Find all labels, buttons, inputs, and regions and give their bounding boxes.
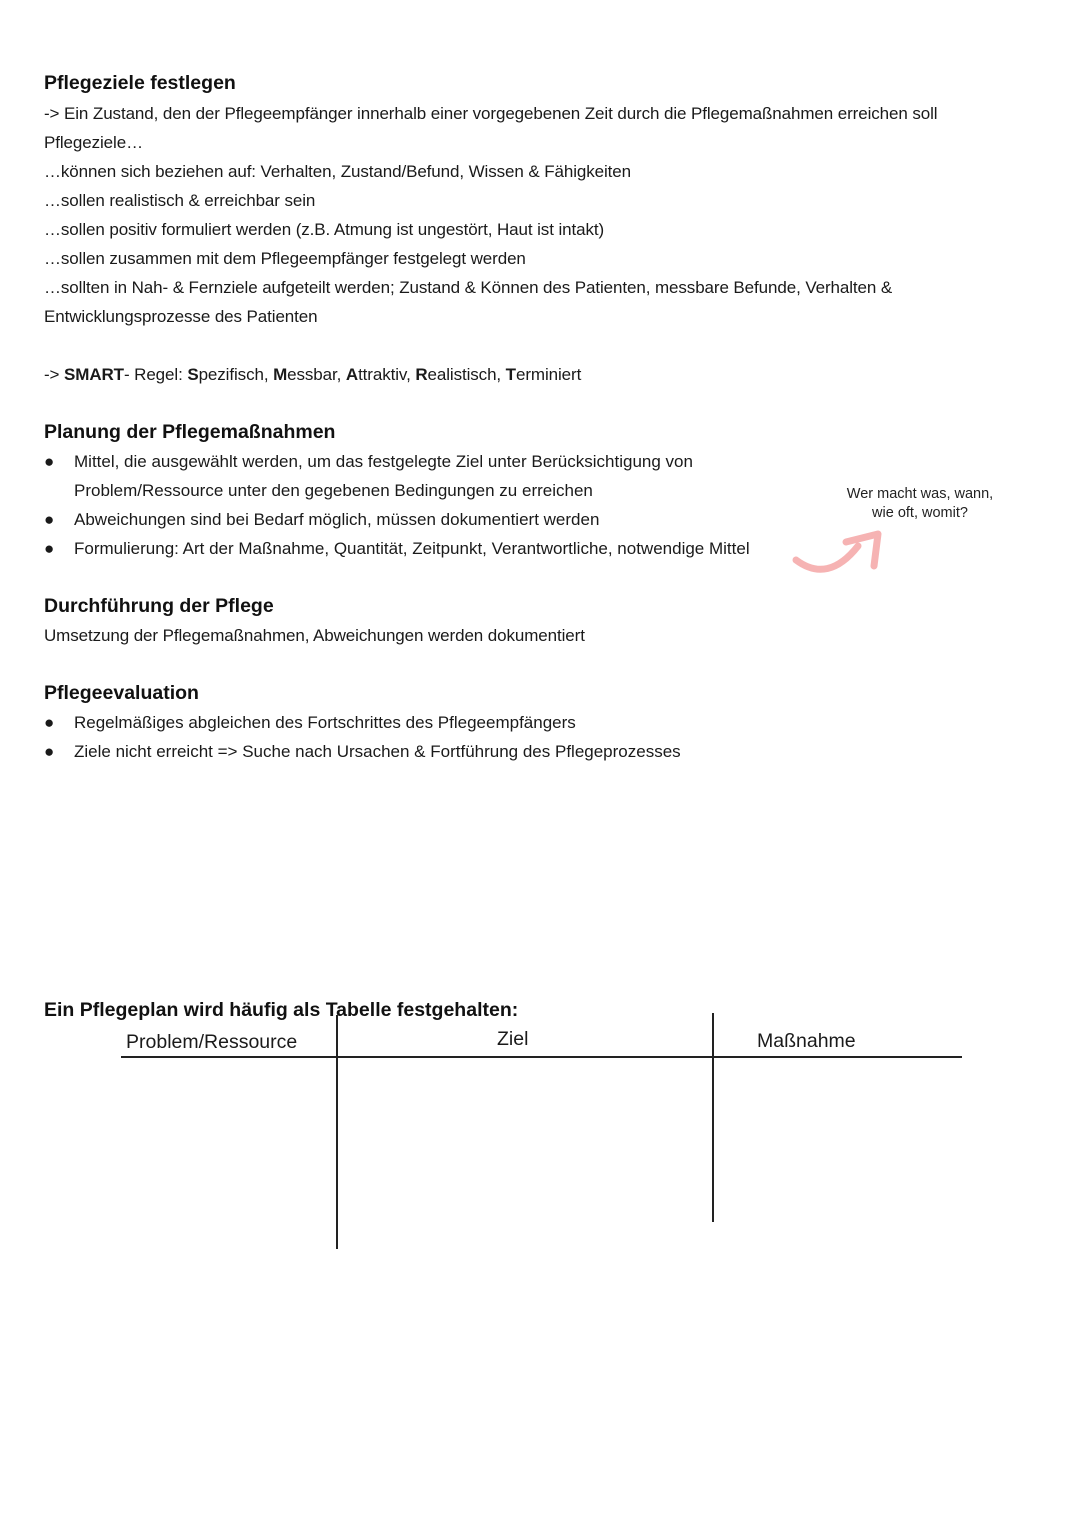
bullet-text: Abweichungen sind bei Bedarf möglich, mü… <box>74 510 599 530</box>
column-header-goal: Ziel <box>497 1028 528 1051</box>
goals-definition: -> Ein Zustand, den der Pflegeempfänger … <box>44 104 937 124</box>
smart-rule: -> SMART- Regel: Spezifisch, Messbar, At… <box>44 365 581 385</box>
goals-intro: Pflegeziele… <box>44 133 143 153</box>
curved-arrow-icon <box>788 524 888 580</box>
column-header-measure: Maßnahme <box>757 1030 856 1053</box>
table-column-divider <box>712 1013 714 1222</box>
table-title: Ein Pflegeplan wird häufig als Tabelle f… <box>44 999 518 1022</box>
bullet-text: Regelmäßiges abgleichen des Fortschritte… <box>74 713 576 733</box>
heading-evaluation: Pflegeevaluation <box>44 682 199 705</box>
side-note: Wer macht was, wann, wie oft, womit? <box>820 485 1020 523</box>
smart-word: pezifisch, <box>199 365 274 384</box>
heading-planning: Planung der Pflegemaßnahmen <box>44 421 335 444</box>
bullet-icon: ● <box>44 742 54 762</box>
goals-point: …sollen realistisch & erreichbar sein <box>44 191 315 211</box>
side-note-line: wie oft, womit? <box>820 504 1020 523</box>
smart-word: ealistisch, <box>428 365 506 384</box>
goals-point: …sollten in Nah- & Fernziele aufgeteilt … <box>44 278 892 298</box>
bullet-icon: ● <box>44 510 54 530</box>
goals-point: …sollen positiv formuliert werden (z.B. … <box>44 220 604 240</box>
smart-rule-label: - Regel: <box>124 365 187 384</box>
table-header-rule <box>121 1056 962 1058</box>
smart-prefix: -> <box>44 365 64 384</box>
smart-label: SMART <box>64 365 124 384</box>
goals-point-continuation: Entwicklungsprozesse des Patienten <box>44 307 317 327</box>
bullet-icon: ● <box>44 452 54 472</box>
heading-goals: Pflegeziele festlegen <box>44 72 236 95</box>
goals-point: …sollen zusammen mit dem Pflegeempfänger… <box>44 249 526 269</box>
heading-execution: Durchführung der Pflege <box>44 595 274 618</box>
smart-initial: S <box>187 365 198 384</box>
document-page: Pflegeziele festlegen -> Ein Zustand, de… <box>0 0 1080 1527</box>
goals-point: …können sich beziehen auf: Verhalten, Zu… <box>44 162 631 182</box>
smart-initial: R <box>415 365 427 384</box>
table-column-divider <box>336 1015 338 1249</box>
execution-text: Umsetzung der Pflegemaßnahmen, Abweichun… <box>44 626 585 646</box>
bullet-text: Formulierung: Art der Maßnahme, Quantitä… <box>74 539 750 559</box>
column-header-problem: Problem/Ressource <box>126 1031 297 1054</box>
smart-initial: A <box>346 365 358 384</box>
bullet-text: Ziele nicht erreicht => Suche nach Ursac… <box>74 742 681 762</box>
smart-word: erminiert <box>516 365 581 384</box>
smart-initial: T <box>506 365 516 384</box>
side-note-line: Wer macht was, wann, <box>820 485 1020 504</box>
bullet-icon: ● <box>44 713 54 733</box>
planning-bullet-continuation: Problem/Ressource unter den gegebenen Be… <box>74 481 593 501</box>
bullet-icon: ● <box>44 539 54 559</box>
smart-word: essbar, <box>287 365 346 384</box>
smart-word: ttraktiv, <box>358 365 415 384</box>
bullet-text: Mittel, die ausgewählt werden, um das fe… <box>74 452 693 472</box>
smart-initial: M <box>273 365 287 384</box>
